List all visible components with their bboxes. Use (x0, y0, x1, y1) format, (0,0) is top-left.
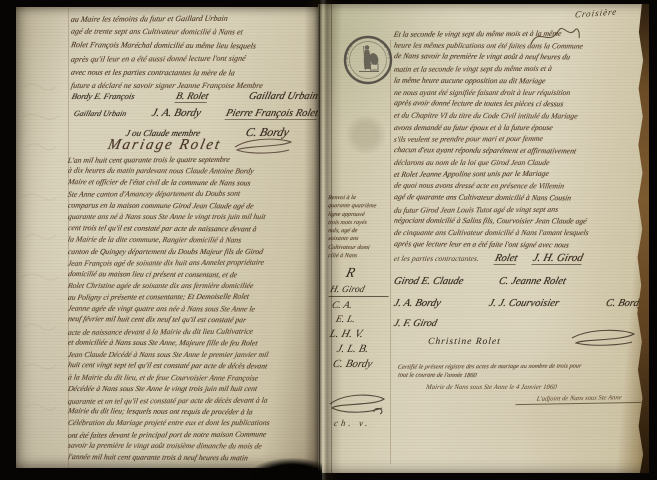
signature: Gaillard Urbain (248, 91, 318, 102)
stamp-ghost-impression (344, 116, 388, 154)
hand-line: Célébration du Mariage projeté entre eux… (67, 417, 318, 428)
hand-line: soixante ans (327, 235, 388, 243)
binding-fold-line (319, 0, 320, 480)
hand-line: trois mots rayés (327, 219, 388, 228)
officer-signature: L'adjoint de Nans sous Ste Anne (515, 394, 642, 405)
signature: Gaillard Urbain (73, 109, 128, 118)
signature: L. H. V. (329, 328, 392, 340)
signature: Girod E. Claude (393, 276, 465, 287)
signature: J. F. Girod (393, 318, 439, 329)
ink-bleedthrough (18, 47, 66, 447)
signature: C. Jeanne Rolet (498, 276, 568, 287)
signature: J. H. Girod (532, 252, 585, 265)
signature: J. A. Bordy (150, 107, 202, 119)
closure-mention: Certifié le présent régistre des actes d… (398, 362, 642, 381)
svg-text:TIMBRE: TIMBRE (344, 42, 354, 67)
hand-line: de cinquante ans Cultivateur domicilié à… (393, 227, 645, 239)
signature: C. Bordy (332, 358, 392, 370)
hand-line: Décédée à Nans sous Ste Anne le vingt tr… (67, 383, 318, 394)
left-page: au Maire les témoins du futur et Gaillar… (16, 7, 318, 468)
svg-text:ROYAL: ROYAL (379, 40, 392, 60)
signature: C. A. (331, 300, 392, 311)
revenue-stamp-icon: TIMBRE ROYAL (342, 34, 394, 86)
hand-line: la Mairie de la dite commune, Rangier do… (67, 234, 318, 247)
hand-line: après avoir donné lecture de toutes les … (393, 97, 645, 110)
hand-line: Cultivateur domi (327, 244, 388, 253)
right-page-act-body: Et la seconde le vingt sept du même mois… (394, 28, 644, 250)
hand-line: à la Mairie du dit lieu, et de feue Cour… (67, 371, 318, 384)
hand-line: après que lecture leur en a été faite l'… (393, 238, 645, 251)
margin-signatures: RH. GirodC. A.E. L.L. H. V.J. L. B.C. Bo… (330, 266, 390, 370)
hand-line: quarante ans né à Nans sous Ste Anne le … (67, 211, 318, 222)
left-page-act-body: L'an mil huit cent quarante trois le qua… (68, 154, 318, 463)
act-title-flourish-icon (231, 135, 295, 155)
closing-line-row: et les parties contractantes.RoletJ. H. … (394, 252, 646, 265)
signature: R (344, 266, 392, 282)
stamp-figure (359, 45, 380, 71)
corner-note: Croisière (574, 6, 618, 19)
hand-line: chacun d'eux ayant répondu séparément et… (393, 144, 645, 157)
signature: J. L. B. (336, 343, 392, 355)
margin-paraph-icon (326, 390, 388, 418)
signature: Pierre François Rolet (225, 108, 318, 120)
hand-line: Et la seconde le vingt sept du même mois… (393, 27, 645, 40)
binding-fold-line (331, 0, 332, 480)
hand-line: ligne approuvé (327, 210, 388, 219)
hand-line: au Poligny ci présente et consentante; E… (67, 291, 318, 304)
act-title: Mariage Rolet (106, 137, 223, 154)
act-title-row: Mariage Rolet (108, 135, 295, 155)
left-signature-row: Gaillard UrbainJ. A. BordyPierre Françoi… (74, 107, 318, 120)
hand-line: après qu'il leur en a été aussi donné le… (70, 51, 318, 66)
closing-line: et les parties contractantes. (393, 254, 480, 263)
margin-bottom-note: ch. v. (333, 418, 371, 428)
hand-line: canton de Quingey département du Doubs M… (67, 246, 318, 257)
hand-line: tout le courant de l'année 1860 (397, 371, 643, 381)
register-photograph: au Maire les témoins du futur et Gaillar… (0, 0, 657, 480)
hand-line: quarante quatrième (327, 202, 388, 211)
hand-line: et domiciliée à Nans sous Ste Anne, Maje… (67, 337, 318, 350)
left-signature-row: Bordy E. FrançoisB. RoletGaillard Urbain (72, 91, 318, 103)
margin-note: Renvoi à laquarante quatrièmeligne appro… (328, 194, 388, 260)
hand-line: avec nous et les parties contractantes l… (70, 65, 318, 79)
signature: B. Rolet (174, 91, 209, 103)
right-page: Croisière TIMBRE ROYAL (318, 4, 649, 473)
date-line: Mairie de Nans sous Ste Anne le 4 Janvie… (426, 384, 558, 391)
hand-line: et du Chapitre VI du titre du Code Civil… (393, 110, 645, 123)
left-page-closing-lines: au Maire les témoins du futur et Gaillar… (71, 12, 318, 92)
signature: H. Girod (329, 285, 392, 297)
hand-line: cilié à Nans (327, 252, 388, 261)
hand-line: négociant domicilié à Salins fils, Courv… (393, 215, 645, 228)
signature: E. L. (335, 314, 392, 325)
hand-line: agé de quarante ans Cultivateur domicili… (393, 191, 645, 204)
hand-line: matin et la seconde le vingt sept du mêm… (393, 62, 645, 75)
hand-line: Ste Anne canton d'Amancey département du… (67, 188, 318, 201)
signature: Rolet (493, 253, 518, 265)
signature: J. J. Courvoisier (487, 298, 560, 309)
hand-line: huit cent vingt sept tel qu'il est const… (67, 359, 318, 372)
right-signature-row: J. A. BordyJ. J. CourvoisierC. Bordy (394, 298, 644, 309)
right-signature-row: Girod E. ClaudeC. Jeanne Rolet (394, 276, 630, 287)
signature: J. A. Bordy (393, 298, 442, 309)
stamp-text-right: ROYAL (379, 40, 392, 60)
right-page-margin-rule (390, 40, 391, 464)
stamp-text-left: TIMBRE (344, 42, 354, 67)
signature: Bordy E. François (71, 91, 136, 101)
bottom-corner-shadow (248, 452, 322, 480)
signature: Christine Rolet (428, 337, 501, 347)
hand-line: domicilié au maison lieu ci présent et c… (67, 268, 318, 281)
signature-paraph-icon (568, 326, 638, 348)
hand-line: la même heure aucune opposition au dit M… (393, 74, 645, 87)
